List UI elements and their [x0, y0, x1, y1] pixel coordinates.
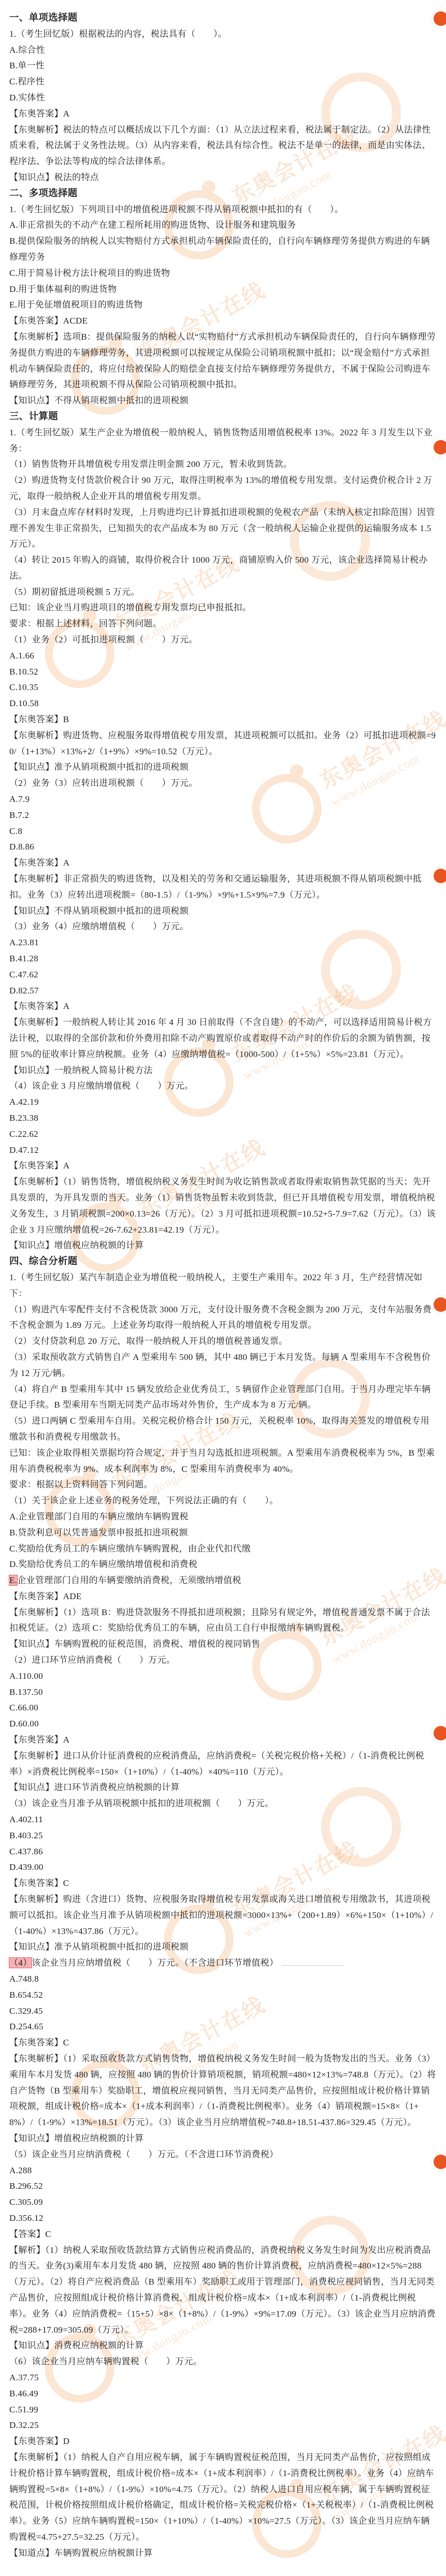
- section-heading: 三、计算题: [9, 409, 437, 425]
- text-line: A.7.9: [9, 792, 437, 808]
- text-line: 【东奥答案】A: [9, 1158, 437, 1174]
- text-line: C.437.86: [9, 1844, 437, 1860]
- text-line: D.254.65: [9, 2019, 437, 2035]
- text-line: D.32.25: [9, 2418, 437, 2434]
- text-line: B.10.52: [9, 664, 437, 680]
- text-line: 1.（考生回忆版）某汽车制造企业为增值税一般纳税人，主要生产乘用车。2022 年…: [9, 1270, 437, 1302]
- text-line: （2）购进货物支付货款价税合计 90 万元，取得注明税率为 13%的增值税专用发…: [9, 473, 437, 505]
- text-line: B.403.25: [9, 1828, 437, 1844]
- dotted-trail: [282, 1965, 344, 1966]
- text-line: 【知识点】准予从销项税额中抵扣的进项税额: [9, 1939, 437, 1955]
- text-line: 【东奥解析】（1）选项 B：购进贷款服务不得抵扣进项税额；且除另有规定外，增值税…: [9, 1605, 437, 1637]
- text-line: 【东奥答案】B: [9, 712, 437, 728]
- text-line: A.非正常损失的不动产在建工程所耗用的购进货物、设计服务和建筑服务: [9, 217, 437, 233]
- text-line: （1）业务（2）可抵扣进项税额（ ）万元。: [9, 632, 437, 648]
- text-line: B.提供保险服务的纳税人以实物赔付方式承担机动车辆保险责任的，自行向车辆修理劳务…: [9, 233, 437, 266]
- text-line: A.1.66: [9, 648, 437, 664]
- text-line: B.单一性: [9, 58, 437, 74]
- text-line: D.实体性: [9, 90, 437, 106]
- text-line-rest: 企业管理部门自用的车辆要缴纳消费税，无须缴纳增值税: [17, 1575, 241, 1585]
- text-line-rest: 该企业当月应纳增值税（ ）万元。（不含进口环节增值税）: [32, 1958, 278, 1968]
- text-line: 【知识点】准予从销项税额中抵扣的进项税额: [9, 759, 437, 775]
- text-line: 【东奥解析】一般纳税人转让其 2016 年 4 月 30 日前取得（不含自建）的…: [9, 1015, 437, 1062]
- text-line: 【东奥解析】税法的特点可以概括成以下几个方面：（1）从立法过程来看，税法属于制定…: [9, 122, 437, 170]
- text-line: 【知识点】不得从销项税额中抵扣的进项税额: [9, 393, 437, 409]
- text-line: 【东奥解析】（1）销售货物，增值税纳税义务发生时间为收讫销售款或者取得索取销售款…: [9, 1174, 437, 1238]
- text-line: （2）业务（3）应转出进项税额（ ）万元。: [9, 775, 437, 792]
- text-line: D.439.00: [9, 1860, 437, 1876]
- text-line: （4）转让 2015 年购入的商铺，取得价税合计 1000 万元，商铺原购入价 …: [9, 552, 437, 584]
- text-line: 1.（考生回忆版）下列项目中的增值税进项税额不得从销项税额中抵扣的有（ ）。: [9, 202, 437, 218]
- text-line: B.41.28: [9, 951, 437, 967]
- text-line: （1）购进汽车零配件支付不含税货款 3000 万元，支付设计服务费不含税金额为 …: [9, 1302, 437, 1334]
- text-line: 【知识点】车辆购置税的征税范围，消费税、增值税的视同销售: [9, 1636, 437, 1652]
- section-heading: 四、综合分析题: [9, 1254, 437, 1270]
- text-line: A.42.19: [9, 1094, 437, 1110]
- text-line: C.22.62: [9, 1126, 437, 1143]
- text-line: （4）该企业当月应纳增值税（ ）万元。（不含进口环节增值税）: [9, 1955, 437, 1971]
- text-line: A.402.11: [9, 1812, 437, 1828]
- text-line: （5）该企业当月应纳消费税（ ）万元。（不含进口环节消费税）: [9, 2147, 437, 2163]
- text-line: A.110.00: [9, 1668, 437, 1685]
- text-line: 【东奥答案】A: [9, 999, 437, 1015]
- text-line: D.用于集体福利的购进货物: [9, 282, 437, 298]
- text-line: C.奖励给优秀员工的车辆应缴纳车辆购置税，由企业代扣代缴: [9, 1541, 437, 1557]
- text-line: 1.（考生回忆版）某生产企业为增值税一般纳税人，销售货物适用增值税税率 13%。…: [9, 425, 437, 457]
- section-heading: 一、单项选择题: [9, 10, 437, 26]
- text-line: A.288: [9, 2163, 437, 2179]
- section-heading: 二、多项选择题: [9, 186, 437, 202]
- text-line: C.10.35: [9, 680, 437, 696]
- text-line: （3）采取预收款方式销售自产 A 型乘用车 500 辆，其中 480 辆已于本月…: [9, 1350, 437, 1382]
- text-line: B.296.52: [9, 2178, 437, 2194]
- text-line: C.用于简易计税方法计税项目的购进货物: [9, 266, 437, 282]
- highlighted-text: E.: [9, 1575, 17, 1585]
- text-line: B.7.2: [9, 808, 437, 824]
- text-line: C.8: [9, 824, 437, 840]
- text-line: （1）关于该企业上述业务的税务处理，下列说法正确的有（ ）。: [9, 1493, 437, 1509]
- text-line: 【东奥答案】A: [9, 106, 437, 122]
- document-body: 一、单项选择题1.（考生回忆版）根据税法的内容，税法具有（ ）。A.综合性B.单…: [0, 0, 446, 2576]
- text-line: C.51.99: [9, 2402, 437, 2418]
- text-line: 【知识点】税法的特点: [9, 170, 437, 186]
- text-line: 【东奥解析】购进货物、应税服务取得增值税专用发票，其进项税额可以抵扣。业务（2）…: [9, 728, 437, 760]
- text-line: A.748.8: [9, 1971, 437, 1987]
- text-line: 【东奥答案】A: [9, 855, 437, 871]
- text-line: （2）支付贷款利息 20 万元，取得一般纳税人开具的增值税普通发票。: [9, 1334, 437, 1350]
- text-line: B.137.50: [9, 1685, 437, 1701]
- text-line: 1.（考生回忆版）根据税法的内容，税法具有（ ）。: [9, 26, 437, 42]
- text-line: D.8.86: [9, 839, 437, 855]
- text-line: （6）该企业当月应纳车辆购置税（ ）万元。: [9, 2354, 437, 2370]
- text-line: 【知识点】消费税应纳税额的计算: [9, 2338, 437, 2354]
- text-line: （1）销售货物开具增值税专用发票注明金额 200 万元，暂未收到货款。: [9, 457, 437, 473]
- text-line: B.贷款利息可以凭普通发票申报抵扣进项税额: [9, 1525, 437, 1541]
- text-line: （5）期初留抵进项税额 5 万元。: [9, 584, 437, 601]
- highlighted-text: （4）: [9, 1958, 32, 1968]
- text-line: A.企业管理部门自用的车辆应缴纳车辆购置税: [9, 1509, 437, 1525]
- text-line: 【知识点】增值税应纳税额的计算: [9, 2131, 437, 2147]
- text-line: D.奖励给优秀员工的车辆应缴纳增值税和消费税: [9, 1557, 437, 1573]
- text-line: 已知：该企业取得相关票据均符合规定，并于当月勾选抵扣进项税额。A 型乘用车消费税…: [9, 1445, 437, 1477]
- text-line: （2）进口环节应纳消费税（ ）万元。: [9, 1652, 437, 1668]
- text-line: 已知：该企业当月购进项目的增值税专用发票均已申报抵扣。: [9, 600, 437, 616]
- text-line: （3）月末盘点库存材料时发现，上月购进均已计算抵扣进项税额的免税农产品（未纳入核…: [9, 505, 437, 552]
- text-line: A.综合性: [9, 42, 437, 58]
- text-line: 【知识点】一般纳税人简易计税方法: [9, 1063, 437, 1079]
- text-line: B.23.38: [9, 1110, 437, 1126]
- text-line: 【知识点】增值税应纳税额的计算: [9, 1238, 437, 1254]
- text-line: （3）该企业当月准予从销项税额中抵扣的进项税额（ ）万元。: [9, 1796, 437, 1812]
- text-line: （4）将自产 B 型乘用车其中 15 辆发放给企业优秀员工，5 辆留作企业管理部…: [9, 1382, 437, 1414]
- text-line: E.企业管理部门自用的车辆要缴纳消费税，无须缴纳增值税: [9, 1573, 437, 1589]
- text-line: 【东奥解析】进口从价计征消费税的应税消费品，应纳消费税=（关税完税价格+关税）/…: [9, 1748, 437, 1780]
- text-line: E.用于免征增值税项目的购进货物: [9, 297, 437, 313]
- text-line: 【东奥解析】购进（含进口）货物、应税服务取得增值税专用发票或海关进口增值税专用缴…: [9, 1892, 437, 1939]
- text-line: 【东奥解析】（1）采取预收货款方式销售货物，增值税纳税义务发生时间一般为货物发出…: [9, 2051, 437, 2131]
- text-line: D.47.12: [9, 1143, 437, 1159]
- text-line: C.329.45: [9, 2003, 437, 2019]
- text-line: 【东奥答案】C: [9, 1876, 437, 1892]
- text-line: B.654.52: [9, 1987, 437, 2003]
- text-line: 【知识点】进口环节消费税应纳税额的计算: [9, 1780, 437, 1796]
- text-line: （4）该企业 3 月应缴纳增值税（ ）万元。: [9, 1078, 437, 1094]
- text-line: D.356.12: [9, 2211, 437, 2227]
- text-line: 【知道点】车辆购置税应纳税额计算: [9, 2545, 437, 2562]
- text-line: C.66.00: [9, 1700, 437, 1716]
- text-line: 【东奥解析】（1）纳税人自产自用应税车辆，属于车辆购置税征税范围，当月无同类产品…: [9, 2450, 437, 2545]
- text-line: （5）进口两辆 C 型乘用车自用。关税完税价格合计 150 万元，关税税率 10…: [9, 1413, 437, 1445]
- text-line: 【知识点】不得从销项税额中抵扣的进项税额: [9, 903, 437, 919]
- text-line: 【东奥答案】C: [9, 2035, 437, 2051]
- text-line: C.305.09: [9, 2194, 437, 2211]
- text-line: 【东奥答案】ADE: [9, 1589, 437, 1605]
- text-line: D.60.00: [9, 1716, 437, 1732]
- text-line: 要求：根据上述材料，回答下列问题。: [9, 616, 437, 632]
- text-line: （3）业务（4）应缴纳增值税（ ）万元。: [9, 919, 437, 935]
- text-line: 【答案】C: [9, 2227, 437, 2243]
- text-line: 【东奥答案】A: [9, 1732, 437, 1748]
- text-line: 【解析】（1）纳税人采取预收货款结算方式销售应税消费品的，消费税纳税义务发生时间…: [9, 2243, 437, 2338]
- text-line: 要求：根据以上资料回答下列问题。: [9, 1477, 437, 1493]
- text-line: 【东奥解析】非正常损失的购进货物，以及相关的劳务和交通运输服务，其进项税额不得从…: [9, 871, 437, 903]
- text-line: 【东奥答案】D: [9, 2434, 437, 2450]
- text-line: C.程序性: [9, 74, 437, 90]
- text-line: C.47.62: [9, 967, 437, 983]
- text-line: 【东奥解析】选项B：提供保险服务的纳税人以“实物赔付”方式承担机动车辆保险责任的…: [9, 329, 437, 393]
- text-line: 【东奥答案】ACDE: [9, 313, 437, 329]
- text-line: D.10.58: [9, 696, 437, 712]
- text-line: A.37.75: [9, 2370, 437, 2386]
- text-line: D.82.57: [9, 983, 437, 999]
- text-line: A.23.81: [9, 935, 437, 951]
- text-line: B.46.49: [9, 2386, 437, 2402]
